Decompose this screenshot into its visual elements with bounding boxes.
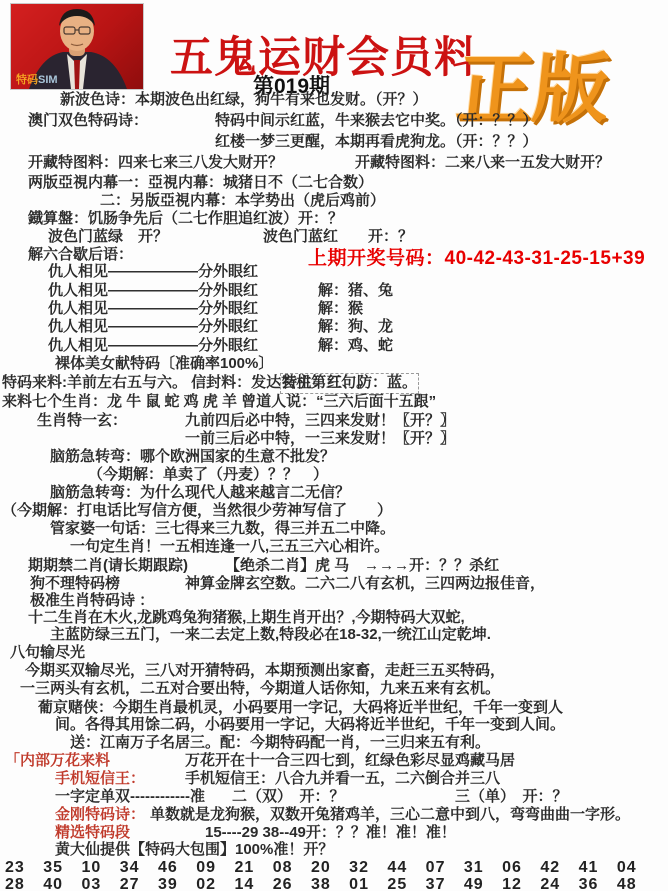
text-line: 葡京赌侠：今期生肖最机灵，小码要用一字记，大码将近半世纪，千年一变到人 (38, 700, 563, 717)
text-line: 来料七个生肖：龙 牛 鼠 蛇 鸡 虎 羊 曾道人说：“三六后面十五跟” (2, 394, 436, 411)
text-line: 15----29 38--49开：？？准！准！准！ (205, 825, 456, 842)
tip-sheet: 特码SIM 五鬼运财会员料 第019期 正版 新波色诗：本期波色出红绿，狗牛有来… (0, 0, 668, 891)
text-line: 仇人相见——————分外眼红 (48, 319, 258, 336)
text-line: 二：另版亞視内幕：本学势出（虎后鸡前） (100, 193, 385, 210)
text-line: 三（单） 开：？ (455, 789, 568, 806)
text-line: 神算金牌玄空数。二六二八有玄机，三四两边报佳音， (185, 576, 545, 593)
portrait-photo: 特码SIM (10, 3, 144, 90)
text-line: 手机短信王： (55, 771, 145, 788)
text-line: 一前三后必中特，一三来发财！〖开？〗 (185, 431, 455, 448)
text-line: 波色门蓝红 开：？ (263, 229, 413, 246)
text-line: 解：狗、龙 (318, 319, 393, 336)
text-line: 两版亞視内幕一：亞視内幕：城猪日不（二七合数） (28, 175, 373, 192)
photo-watermark-left: 特码 (16, 74, 38, 86)
last-draw-numbers: 上期开奖号码：40-42-43-31-25-15+39 (308, 248, 645, 269)
text-line: 金刚特码诗： (55, 807, 145, 824)
text-line: 今期买双输尽光，三八对开猜特码，本期预测出家畜，走赶三五买特码， (25, 663, 505, 680)
text-line: 极准生肖特码诗 ： (30, 593, 154, 610)
text-line: 手机短信王：八合九并看一五，二六倒合并三八 (185, 771, 500, 788)
text-line: 一句定生肖！一五相连逢一八,三五三六心相许。 (70, 539, 389, 556)
text-line: 脑筋急转弯：哪个欧洲国家的生意不批发？ (50, 449, 335, 466)
photo-watermark: 特码SIM (16, 71, 58, 87)
text-line: 黄大仙提供【特码大包围】100%准！开？ (55, 842, 333, 859)
text-line: 解六合歇后语： (28, 247, 133, 264)
text-line: 裸体美女献特码〔准确率100%〕 (55, 356, 273, 373)
text-line: 仇人相见——————分外眼红 (48, 283, 258, 300)
text-line: 九前四后必中特，三四来发财！〖开？〗 (185, 413, 455, 430)
text-line: 解：猪、兔 (318, 283, 393, 300)
text-line: 仇人相见——————分外眼红 (48, 301, 258, 318)
text-line: 特主：红、防：蓝。 (282, 375, 417, 392)
text-line: 解：鸡、蛇 (318, 338, 393, 355)
text-line: 仇人相见——————分外眼红 (48, 338, 258, 355)
photo-watermark-right: SIM (38, 74, 58, 86)
text-line: 十二生肖在木火,龙跳鸡兔狗猪猴,上期生肖开出？,今期特码大双蛇, (28, 610, 465, 627)
text-line: 【绝杀二肖】虎 马 →→→开：？？杀红 (225, 558, 499, 575)
text-line: 二（双） 开：？ (232, 789, 345, 806)
text-line: 仇人相见——————分外眼红 (48, 264, 258, 281)
text-line: 新波色诗：本期波色出红绿，狗牛有来也发财。（开？） (60, 92, 428, 109)
text-line: 送：江南万子名居三。配：今期特码配一肖，一三归来五有利。 (70, 735, 490, 752)
text-line: 八句输尽光 (10, 645, 85, 662)
number-row-2: 28 40 03 27 39 02 14 26 38 01 25 37 49 1… (5, 876, 637, 891)
text-line: 「内部万花来料 (5, 753, 110, 770)
number-row-1: 23 35 10 34 46 09 21 08 20 32 44 07 31 0… (5, 859, 637, 877)
text-line: 波色门蓝绿 开？ (48, 229, 168, 246)
text-line: （今期解：打电话比写信方便，当然很少劳神写信了 ） (2, 503, 392, 520)
text-line: 狗不理特码榜 (30, 576, 120, 593)
text-line: 红楼一梦三更醒，本期再看虎狗龙。（开：？？） (215, 134, 538, 151)
text-line: 生肖特一玄： (37, 413, 127, 430)
text-line: （今期解：单卖了（丹麦）？？ ） (88, 467, 328, 484)
text-line: 单数就是龙狗猴，双数开兔猪鸡羊，三心二意中到八，弯弯曲曲一字形。 (150, 807, 630, 824)
text-line: 一字定单双------------准 (55, 789, 205, 806)
text-line: 一三两头有玄机，二五对合要出特，今期道人话你知，九来五来有玄机。 (20, 681, 500, 698)
text-line: 特码中间示红蓝，牛来猴去它中奖。（开：？？） (215, 113, 538, 130)
text-line: 精选特码段 (55, 825, 130, 842)
text-line: 开藏特图料：二来八来一五发大财开？ (355, 155, 610, 172)
text-line: 万花开在十一合三四七到，红绿色彩尽显鸡藏马居 (185, 753, 515, 770)
text-line: 开藏特图料：四来七来三八发大财开？ (28, 155, 283, 172)
text-line: 解：猴 (318, 301, 363, 318)
text-line: 期期禁二肖(请长期跟踪) (28, 558, 188, 575)
text-line: 鐡算盤：饥肠争先后（二七作胆追红波）开：？ (28, 211, 343, 228)
text-line: 主蓝防绿三五门，一来二去定上数,特段必在18-32,一统江山定乾坤. (50, 627, 491, 644)
text-line: 间。各得其用馀二码，小码要用一字记，大码将近半世纪，千年一变到人间。 (55, 717, 565, 734)
text-line: 澳门双色特码诗： (28, 113, 148, 130)
text-line: 脑筋急转弯：为什么现代人越来越言二无信？ (50, 485, 350, 502)
text-line: 管家婆一句话：三七得来三九数，得三并五二中降。 (50, 521, 395, 538)
